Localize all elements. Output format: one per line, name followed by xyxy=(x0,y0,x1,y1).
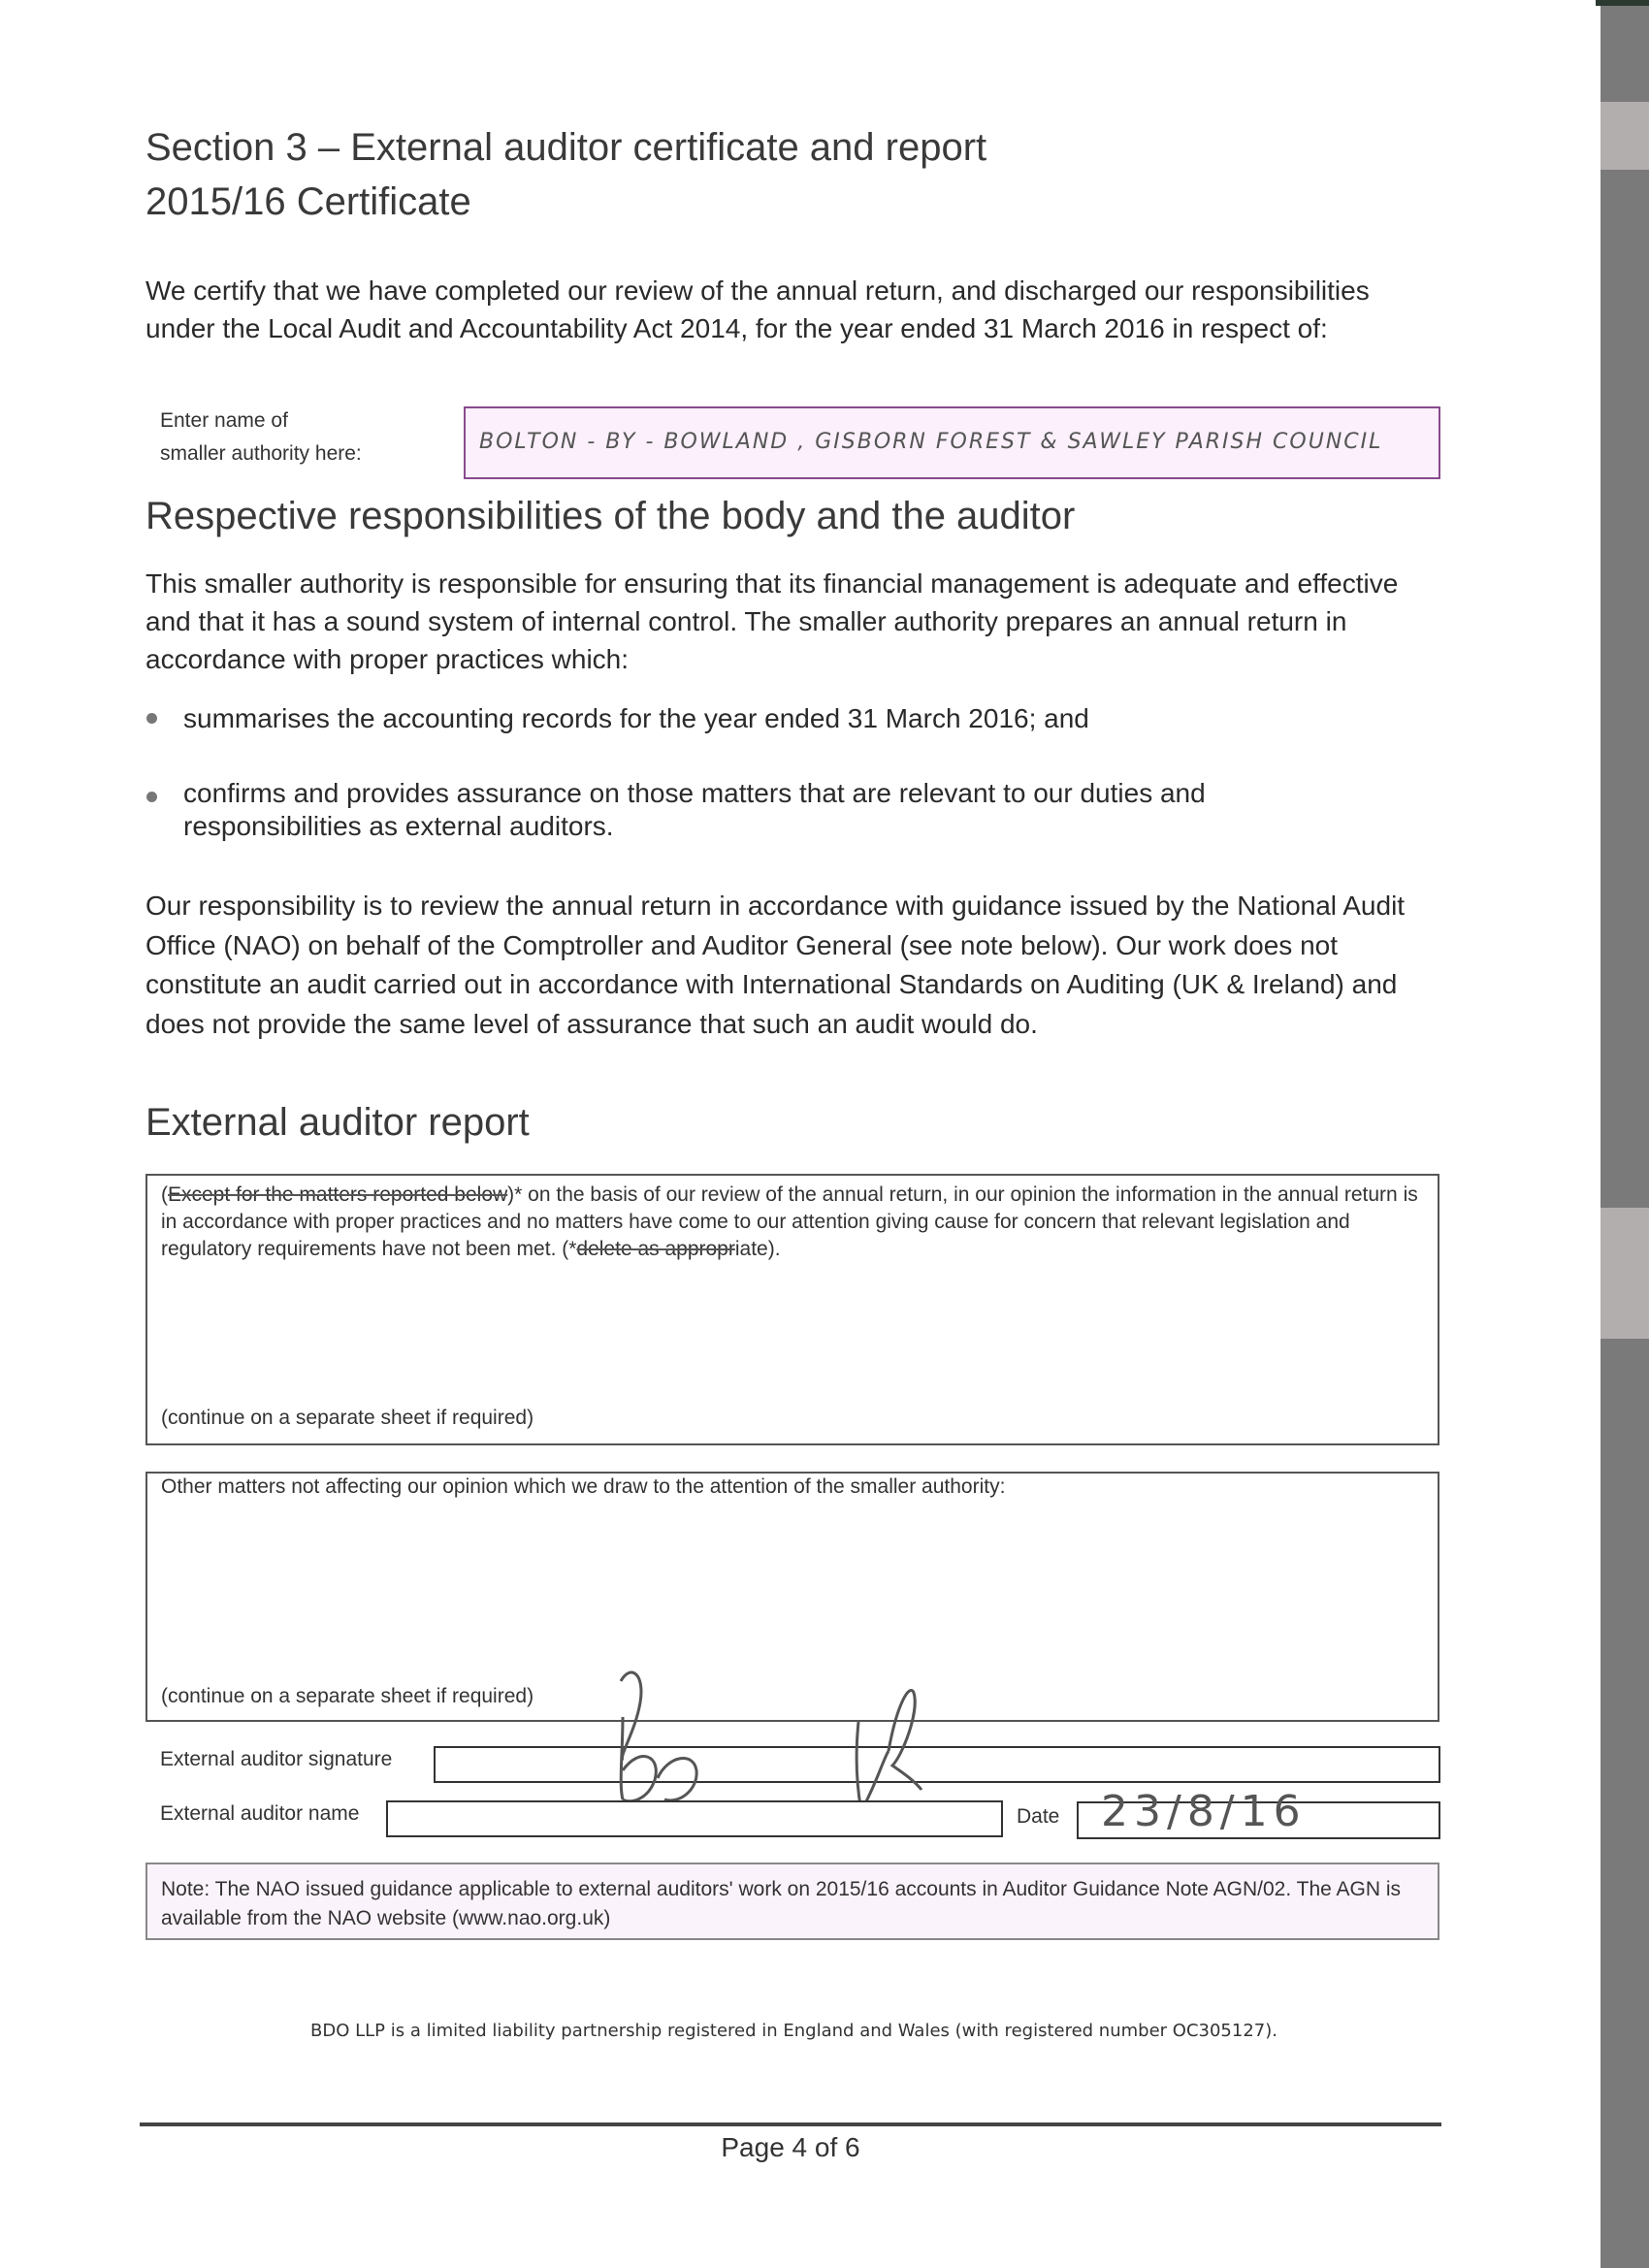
auditor-responsibility-paragraph: Our responsibility is to review the annu… xyxy=(145,887,1416,1044)
authority-name-label-line1: Enter name of xyxy=(160,405,362,437)
bullet-icon xyxy=(146,792,157,802)
opinion-struck-text: Except for the matters reported below xyxy=(168,1183,507,1206)
bullet-item: summarises the accounting records for th… xyxy=(183,699,1406,737)
bullet-icon xyxy=(146,713,157,724)
company-registration-statement: BDO LLP is a limited liability partnersh… xyxy=(310,2021,1277,2041)
scan-edge-light xyxy=(1600,102,1649,170)
footer-rule xyxy=(140,2122,1441,2126)
bullet-item: confirms and provides assurance on those… xyxy=(183,777,1347,843)
authority-name-label-line2: smaller authority here: xyxy=(160,437,362,470)
other-matters-label: Other matters not affecting our opinion … xyxy=(161,1474,1005,1501)
other-matters-continue-note: (continue on a separate sheet if require… xyxy=(161,1683,533,1710)
scan-edge-light xyxy=(1600,1208,1649,1339)
auditor-opinion-box[interactable]: (Except for the matters reported below)*… xyxy=(145,1174,1439,1445)
date-value: 23/8/16 xyxy=(1101,1787,1307,1836)
authority-name-label: Enter name of smaller authority here: xyxy=(160,405,362,470)
report-heading: External auditor report xyxy=(145,1099,530,1146)
nao-note-text: Note: The NAO issued guidance applicable… xyxy=(161,1875,1422,1933)
scan-edge xyxy=(1600,0,1649,2268)
authority-name-value: BOLTON - BY - BOWLAND , GISBORN FOREST &… xyxy=(479,430,1382,454)
page-header: Section 3 – External auditor certificate… xyxy=(145,120,1406,229)
responsibilities-intro: This smaller authority is responsible fo… xyxy=(145,565,1416,678)
certificate-title: 2015/16 Certificate xyxy=(145,175,1406,229)
continue-note: (continue on a separate sheet if require… xyxy=(161,1405,533,1432)
auditor-name-label: External auditor name xyxy=(160,1798,359,1831)
opinion-text: (Except for the matters reported below)*… xyxy=(161,1182,1422,1263)
signature-label: External auditor signature xyxy=(160,1743,392,1776)
nao-note-box: Note: The NAO issued guidance applicable… xyxy=(145,1863,1439,1940)
signature-handwriting xyxy=(601,1664,989,1809)
page-number: Page 4 of 6 xyxy=(140,2132,1441,2163)
certificate-statement: We certify that we have completed our re… xyxy=(145,272,1406,347)
responsibilities-heading: Respective responsibilities of the body … xyxy=(145,493,1075,539)
auditor-name-field[interactable] xyxy=(386,1800,1003,1837)
section-title: Section 3 – External auditor certificate… xyxy=(145,120,1406,175)
scan-edge-top xyxy=(1596,0,1649,6)
date-label: Date xyxy=(1017,1800,1059,1833)
authority-name-field[interactable]: BOLTON - BY - BOWLAND , GISBORN FOREST &… xyxy=(464,406,1440,479)
delete-struck-text: delete as appropr xyxy=(576,1238,734,1260)
